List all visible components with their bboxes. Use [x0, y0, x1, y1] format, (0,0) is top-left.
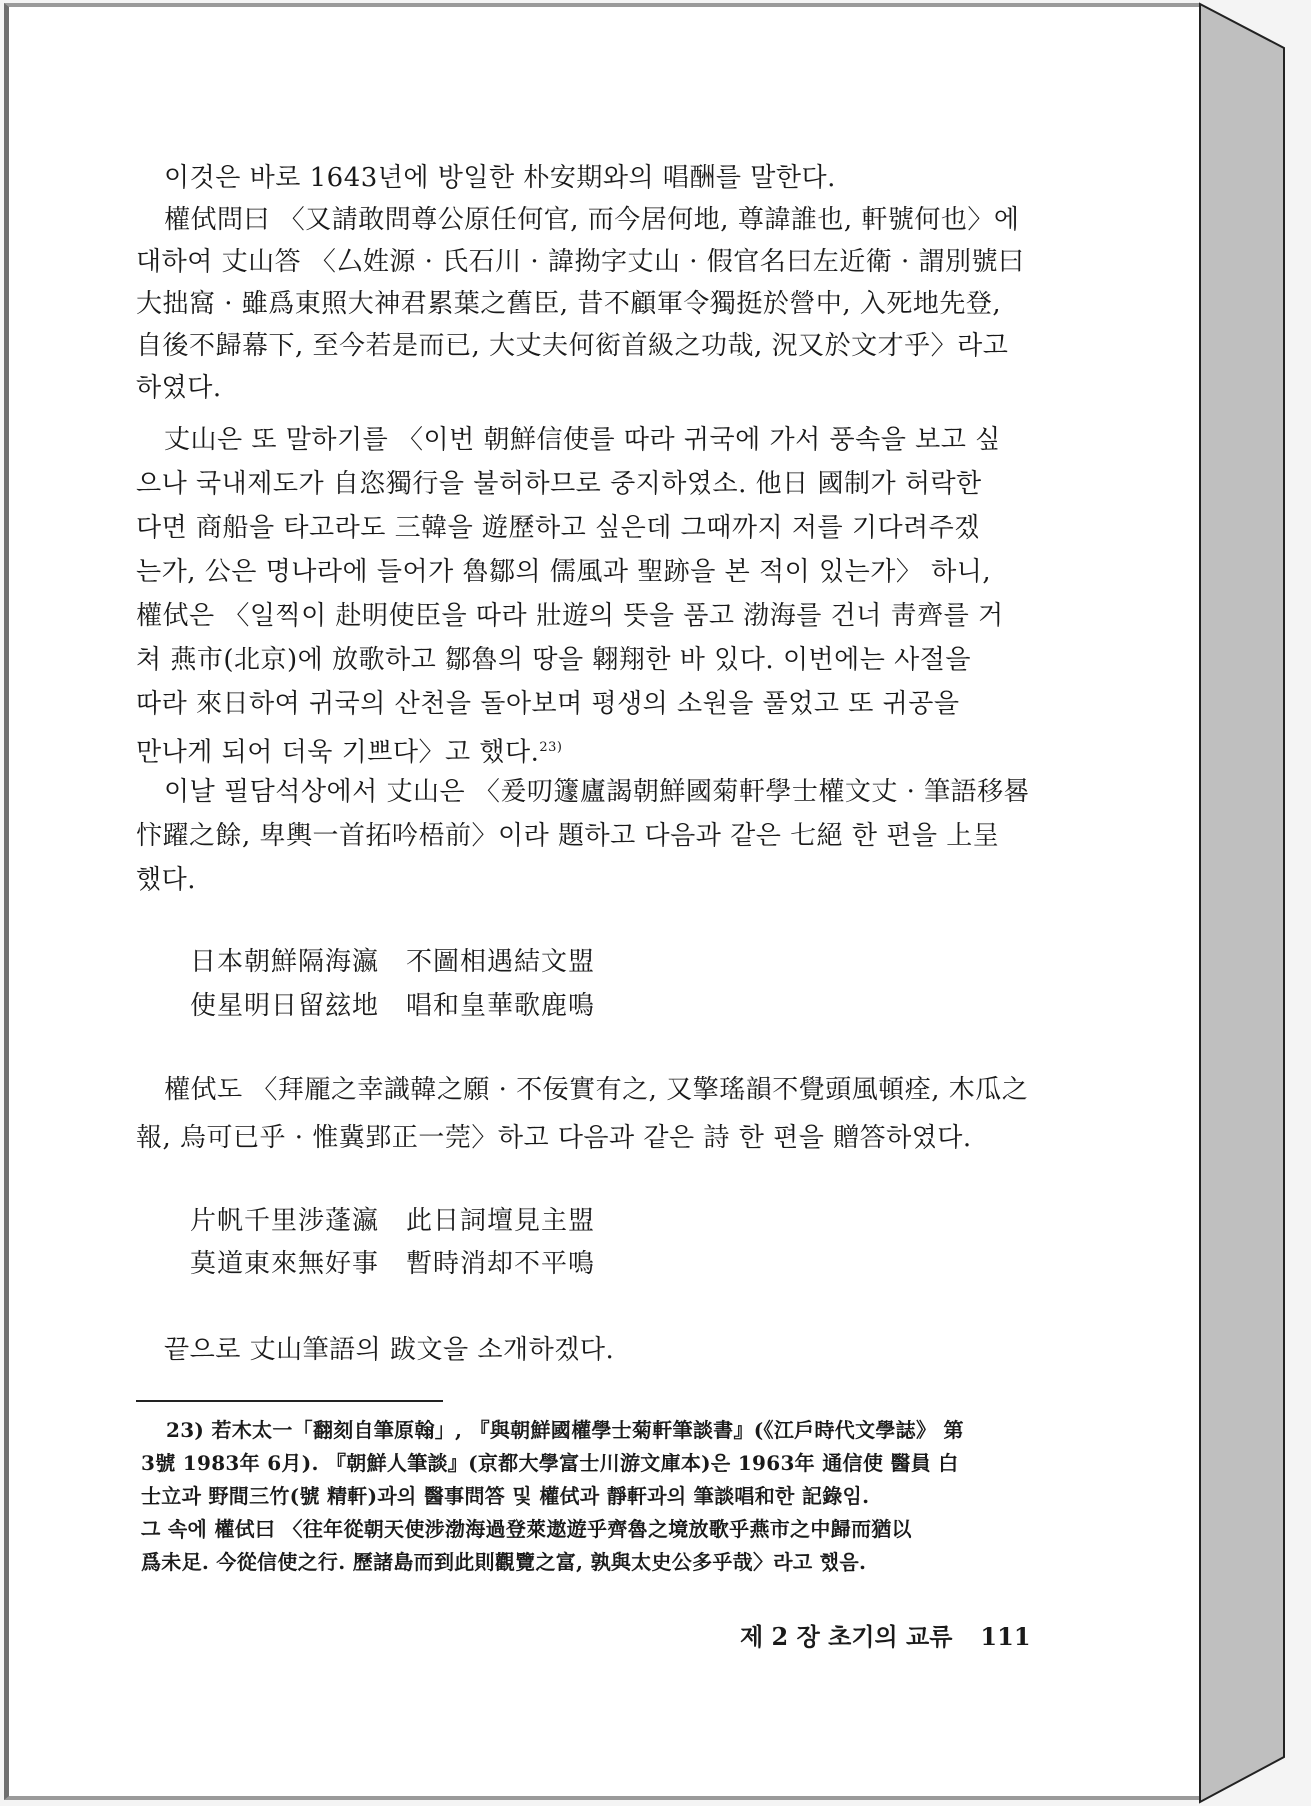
- poem-line: 使星明日留玆地 唱和皇華歌鹿鳴: [190, 991, 595, 1021]
- footnote-line: 그 속에 權侙曰 〈往年從朝天使涉渤海過登萊遨遊乎齊魯之境放歌乎燕市之中歸而猶以: [141, 1517, 912, 1541]
- body-line: 權侙도 〈拜龎之幸識韓之願 · 不佞實有之, 又擎瑤韻不覺頭風頓痊, 木瓜之: [164, 1075, 1028, 1105]
- body-line: 報, 烏可已乎 · 惟冀郢正一莞〉하고 다음과 같은 詩 한 편을 贈答하였다.: [136, 1123, 972, 1153]
- page-stack-edge: [1199, 0, 1311, 1806]
- body-line: 이날 필담석상에서 丈山은 〈爰叨籧廬謁朝鮮國菊軒學士權文丈 · 筆語移晷: [164, 777, 1030, 807]
- body-line: 쳐 燕市(北京)에 放歌하고 鄒魯의 땅을 翺翔한 바 있다. 이번에는 사절을: [136, 645, 971, 675]
- body-line: 했다.: [136, 865, 196, 895]
- body-line: 自後不歸幕下, 至今若是而已, 大丈夫何衒首級之功哉, 況又於文才乎〉라고: [136, 331, 1008, 361]
- poem-line: 日本朝鮮隔海瀛 不圖相遇結文盟: [190, 947, 595, 977]
- footnote-line: 23) 若木太一「翻刻自筆原翰」, 『與朝鮮國權學士菊軒筆談書』(《江戶時代文學…: [166, 1418, 964, 1442]
- chapter-title: 제 2 장 초기의 교류: [740, 1622, 952, 1651]
- body-line: 大拙窩 · 雖爲東照大神君累葉之舊臣, 昔不顧軍令獨挺於營中, 入死地先登,: [136, 289, 1001, 319]
- body-line: 다면 商船을 타고라도 三韓을 遊歷하고 싶은데 그때까지 저를 기다려주겠: [136, 513, 980, 543]
- body-line: 끝으로 丈山筆語의 跋文을 소개하겠다.: [164, 1335, 614, 1365]
- poem-line: 片帆千里涉蓬瀛 此日詞壇見主盟: [190, 1206, 595, 1236]
- body-line: 대하여 丈山答 〈厶姓源 · 氏石川 · 諱拗字丈山 · 假官名曰左近衛 · 謂…: [136, 247, 1025, 277]
- footnote-line: 士立과 野間三竹(號 精軒)과의 醫事問答 및 權侙과 靜軒과의 筆談唱和한 記…: [141, 1484, 869, 1508]
- body-line: 으나 국내제도가 自恣獨行을 불허하므로 중지하였소. 他日 國制가 허락한: [136, 469, 982, 499]
- body-line: 忭躍之餘, 卑輿一首拓吟梧前〉이라 題하고 다음과 같은 七絕 한 편을 上呈: [136, 821, 999, 851]
- body-line: 權侙은 〈일찍이 赴明使臣을 따라 壯遊의 뜻을 품고 渤海를 건너 靑齊를 거: [136, 601, 1004, 631]
- body-line: 하였다.: [136, 373, 222, 403]
- body-line: 丈山은 또 말하기를 〈이번 朝鮮信使를 따라 귀국에 가서 풍속을 보고 싶: [164, 425, 1001, 455]
- running-footer: 제 2 장 초기의 교류111: [740, 1617, 1031, 1652]
- footnote-line: 3號 1983年 6月). 『朝鮮人筆談』(京都大學富士川游文庫本)은 1963…: [141, 1451, 959, 1475]
- poem-line: 莫道東來無好事 暫時消却不平鳴: [190, 1249, 595, 1279]
- footnote-ref[interactable]: 23): [539, 740, 562, 755]
- page-number: 111: [980, 1622, 1030, 1651]
- footnote-rule: [136, 1400, 443, 1402]
- body-line: 權侙問曰 〈又請敢問尊公原任何官, 而今居何地, 尊諱誰也, 軒號何也〉에: [164, 205, 1019, 235]
- body-line: 따라 來日하여 귀국의 산천을 돌아보며 평생의 소원을 풀었고 또 귀공을: [136, 689, 960, 719]
- body-line: 는가, 公은 명나라에 들어가 魯鄒의 儒風과 聖跡을 본 적이 있는가〉 하니…: [136, 557, 991, 587]
- body-line: 만나게 되어 더욱 기쁘다〉고 했다.23): [136, 733, 562, 768]
- body-line: 이것은 바로 1643년에 방일한 朴安期와의 唱酬를 말한다.: [164, 163, 836, 193]
- footnote-line: 爲未足. 今從信使之行. 歷諸島而到此則觀覽之富, 孰與太史公多乎哉〉라고 했음…: [141, 1550, 866, 1574]
